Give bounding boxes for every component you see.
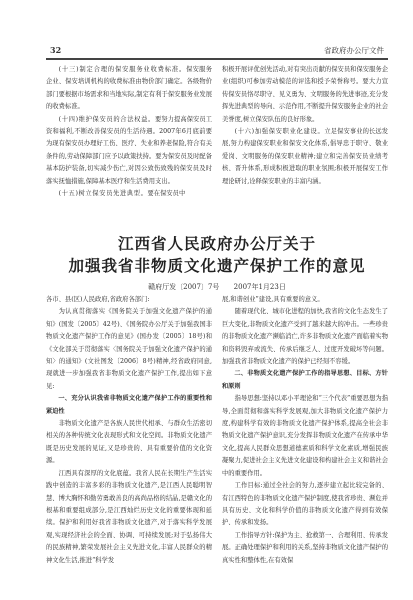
paragraph: 工作目标:通过全社会的努力,逐步建立起比较完备的、有江西特色的非物质文化遗产保护… [222, 480, 388, 530]
paragraph: 工作指导方针:保护为主、抢救第一、合理利用、传承发展。正确处理保护和利用的关系,… [222, 530, 388, 567]
header-rule [46, 58, 388, 60]
document-title-line1: 江西省人民政府办公厅关于 [46, 233, 388, 255]
paragraph: 指导思想:坚持以邓小平理论和“三个代表”重要思想为指导,全面贯彻和落实科学发展观… [222, 393, 388, 480]
bottom-right-column: 展,和谐创业”建设,具有重要的意义。 随着现代化、城市化进程的加快,我省的文化生… [222, 294, 388, 567]
section-heading: 二、非物质文化遗产保护工作的指导思想、目标、方针和原则 [222, 368, 388, 393]
paragraph: 展,和谐创业”建设,具有重要的意义。 [222, 294, 388, 306]
salutation: 各市、县(区)人民政府,省政府各部门: [46, 294, 212, 306]
paragraph: 江西具有深厚的文化底蕴。我省人民在长期生产生活实践中创造的丰富多彩的非物质文化遗… [46, 468, 212, 567]
paragraph: (十三)制定合理的保安服务业收费标准。保安服务企业、保安培训机构的收费标准由物价… [46, 64, 212, 114]
document-title-line2: 加强我省非物质文化遗产保护工作的意见 [46, 255, 388, 277]
paragraph: 非物质文化遗产是各族人民世代相承、与群众生活密切相关的各种传统文化表现形式和文化… [46, 418, 212, 468]
document-date: 2007年1月23日 [234, 283, 286, 291]
paragraph: 随着现代化、城市化进程的加快,我省的文化生态发生了巨大变化,非物质文化遗产受到了… [222, 306, 388, 368]
document-number-date: 赣府厅发〔2007〕7号 2007年1月23日 [46, 282, 388, 292]
document-title-block: 江西省人民政府办公厅关于 加强我省非物质文化遗产保护工作的意见 赣府厅发〔200… [46, 233, 388, 292]
page-header: 32 省政府办公厅文件 [46, 45, 388, 59]
section-heading: 一、充分认识我省非物质文化遗产保护工作的重要性和紧迫性 [46, 393, 212, 418]
running-title: 省政府办公厅文件 [324, 45, 384, 56]
paragraph: (十五)树立保安员先进典型。要在保安员中 [46, 188, 212, 200]
intro-paragraph: 为认真贯彻落实《国务院关于加强文化遗产保护的通知》(国发〔2005〕42号)、《… [46, 306, 212, 393]
paragraph: (十六)加强保安职业化建设。立足保安事业的长远发展,努力构建保安职业和保安文化体… [222, 126, 388, 188]
paragraph: 积极开展评优创先活动,对有突出贡献的保安员和保安服务企业(组织)可参加劳动模范的… [222, 64, 388, 126]
top-right-column: 积极开展评优创先活动,对有突出贡献的保安员和保安服务企业(组织)可参加劳动模范的… [222, 64, 388, 188]
paragraph: (十四)维护保安员的合法权益。要努力提高保安员工资和福利,不断改善保安员的生活待… [46, 114, 212, 188]
top-left-column: (十三)制定合理的保安服务业收费标准。保安服务企业、保安培训机构的收费标准由物价… [46, 64, 212, 200]
document-number: 赣府厅发〔2007〕7号 [148, 283, 219, 291]
bottom-left-column: 各市、县(区)人民政府,省政府各部门: 为认真贯彻落实《国务院关于加强文化遗产保… [46, 294, 212, 567]
page-number: 32 [50, 45, 61, 55]
